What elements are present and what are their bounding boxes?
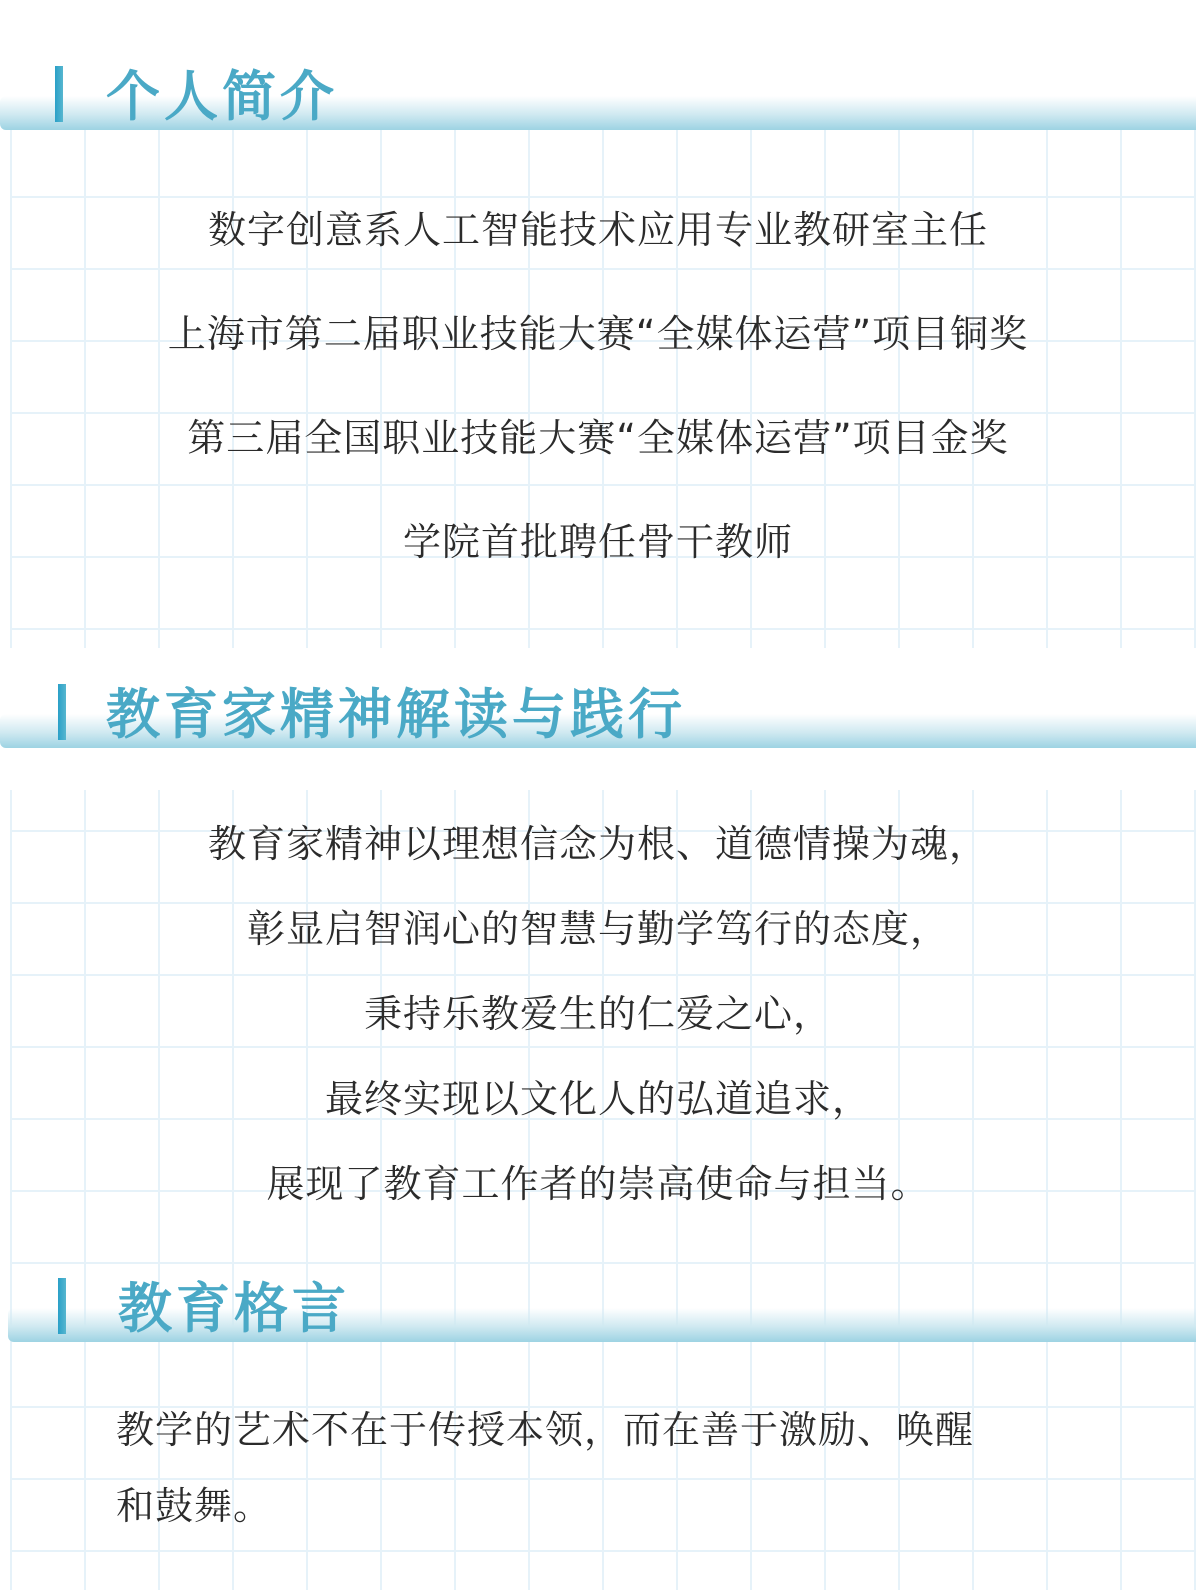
section-title-philosophy: 教育家精神解读与践行: [106, 688, 686, 742]
section-header-profile: 个人简介: [0, 58, 1196, 130]
profile-line-3: 第三届全国职业技能大赛“全媒体运营”项目金奖: [0, 419, 1196, 457]
profile-line-1: 数字创意系人工智能技术应用专业教研室主任: [0, 211, 1196, 249]
philosophy-line-5: 展现了教育工作者的崇高使命与担当。: [0, 1165, 1196, 1203]
profile-line-4: 学院首批聘任骨干教师: [0, 523, 1196, 561]
philosophy-line-2: 彰显启智润心的智慧与勤学笃行的态度，: [0, 910, 1196, 948]
header-accent-bar-icon: [55, 66, 63, 122]
motto-line-1: 教学的艺术不在于传授本领，而在善于激励、唤醒: [116, 1388, 1096, 1472]
philosophy-line-1: 教育家精神以理想信念为根、道德情操为魂，: [0, 825, 1196, 863]
philosophy-line-3: 秉持乐教爱生的仁爱之心，: [0, 995, 1196, 1033]
profile-line-2: 上海市第二届职业技能大赛“全媒体运营”项目铜奖: [0, 315, 1196, 353]
section-title-profile: 个人简介: [106, 70, 338, 124]
motto-line-2: 和鼓舞。: [116, 1464, 1096, 1548]
section-title-motto: 教育格言: [118, 1282, 350, 1336]
motto-paragraph: 教学的艺术不在于传授本领，而在善于激励、唤醒 和鼓舞。: [116, 1388, 1096, 1548]
header-accent-bar-icon: [58, 1278, 66, 1334]
section-header-motto: 教育格言: [0, 1270, 1196, 1342]
section-header-philosophy: 教育家精神解读与践行: [0, 676, 1196, 748]
header-accent-bar-icon: [58, 684, 66, 740]
philosophy-line-4: 最终实现以文化人的弘道追求，: [0, 1080, 1196, 1118]
